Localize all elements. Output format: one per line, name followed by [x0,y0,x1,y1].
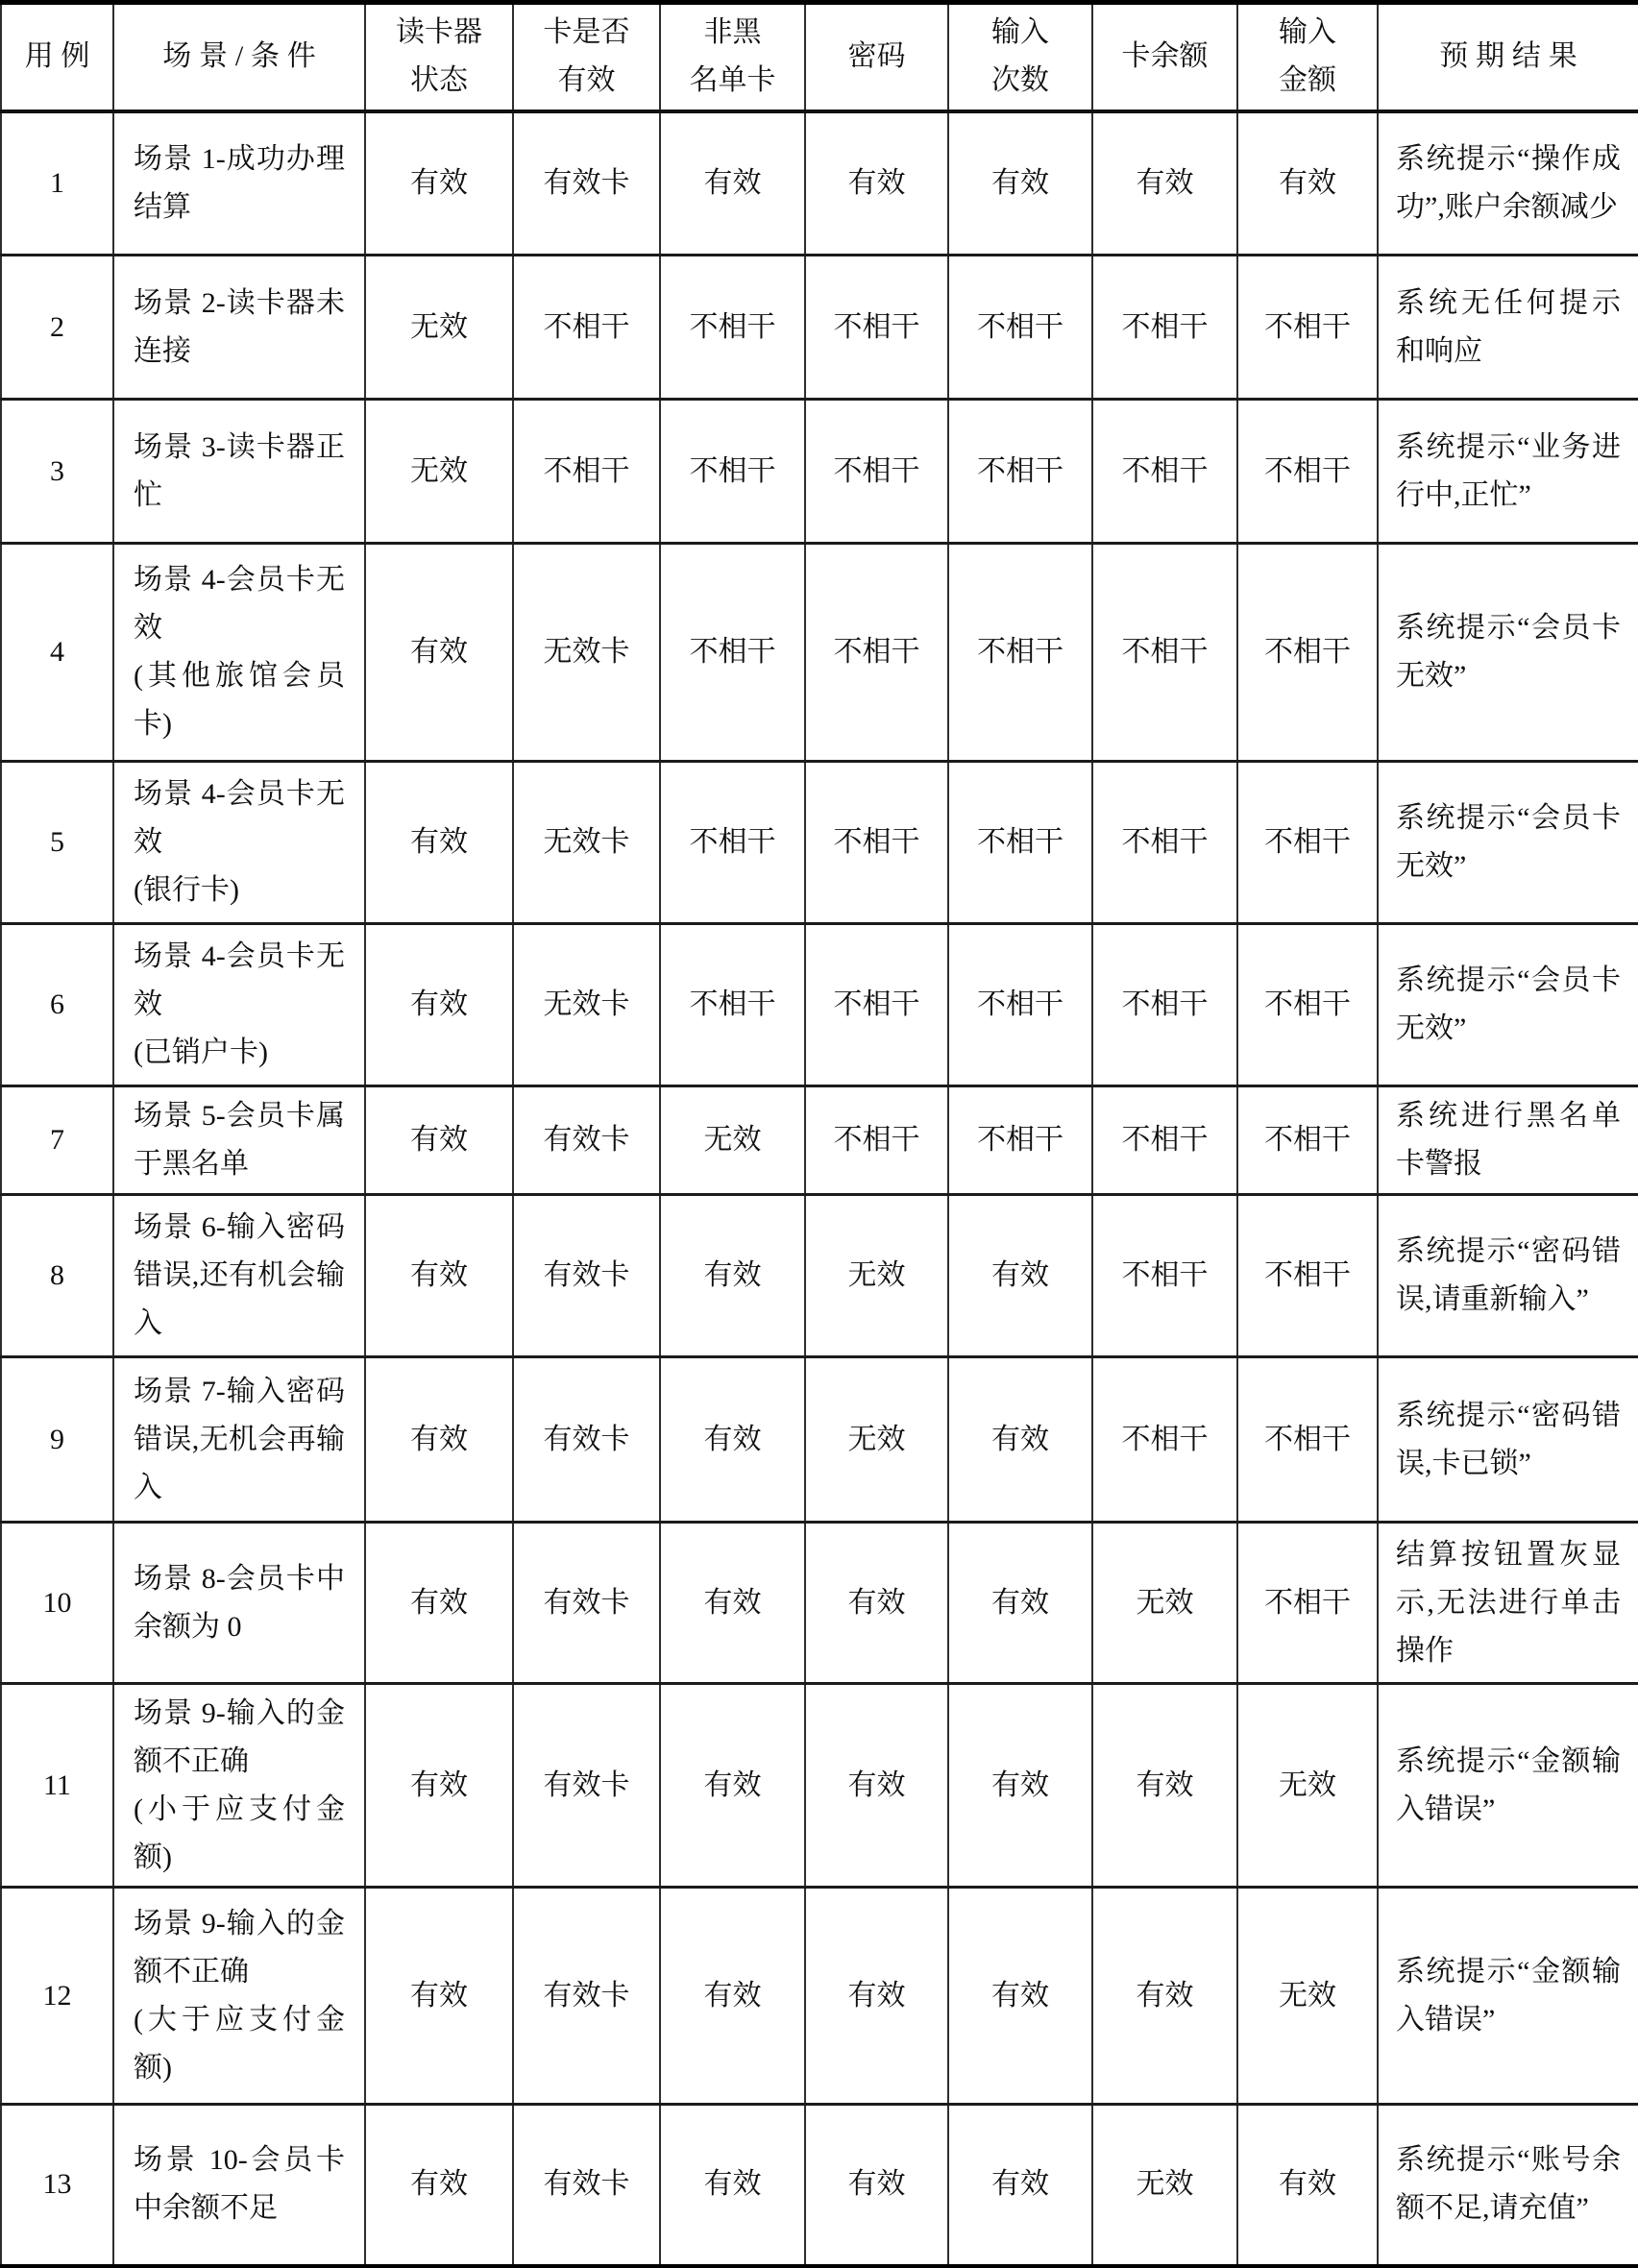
expected-result-cell: 系统提示“金额输入错误” [1378,1684,1638,1888]
password-cell: 不相干 [805,762,948,924]
reader-status-cell: 有效 [365,1523,513,1684]
card-balance-cell: 无效 [1092,2105,1237,2267]
input-count-cell: 有效 [948,1195,1092,1357]
input-amount-cell: 不相干 [1237,1523,1378,1684]
scenario-condition-cell: 场景 4-会员卡无效 (银行卡) [113,762,365,924]
reader-status-cell: 有效 [365,544,513,762]
card-balance-cell: 不相干 [1092,544,1237,762]
card-validity-cell: 无效卡 [513,924,660,1086]
case-id-cell: 12 [1,1888,113,2105]
password-cell: 不相干 [805,256,948,400]
password-cell: 无效 [805,1195,948,1357]
reader-status-cell: 有效 [365,1684,513,1888]
column-header-input-amount: 输入 金额 [1237,3,1378,111]
non-blacklist-card-cell: 无效 [660,1086,805,1195]
card-validity-cell: 不相干 [513,400,660,544]
input-amount-cell: 不相干 [1237,400,1378,544]
column-header-password: 密码 [805,3,948,111]
password-cell: 有效 [805,1684,948,1888]
input-amount-cell: 不相干 [1237,1357,1378,1523]
input-amount-cell: 不相干 [1237,1195,1378,1357]
input-amount-cell: 有效 [1237,2105,1378,2267]
expected-result-cell: 系统提示“操作成功”,账户余额减少 [1378,111,1638,256]
scenario-condition-cell: 场景 10-会员卡中余额不足 [113,2105,365,2267]
expected-result-cell: 结算按钮置灰显示,无法进行单击操作 [1378,1523,1638,1684]
input-amount-cell: 不相干 [1237,762,1378,924]
input-count-cell: 有效 [948,1523,1092,1684]
password-cell: 有效 [805,111,948,256]
card-balance-cell: 不相干 [1092,1357,1237,1523]
scenario-condition-cell: 场景 6-输入密码错误,还有机会输入 [113,1195,365,1357]
expected-result-cell: 系统提示“密码错误,请重新输入” [1378,1195,1638,1357]
input-amount-cell: 不相干 [1237,1086,1378,1195]
input-count-cell: 有效 [948,2105,1092,2267]
non-blacklist-card-cell: 有效 [660,1684,805,1888]
non-blacklist-card-cell: 有效 [660,1357,805,1523]
case-id-cell: 3 [1,400,113,544]
reader-status-cell: 有效 [365,111,513,256]
case-id-cell: 2 [1,256,113,400]
input-count-cell: 不相干 [948,400,1092,544]
column-header-scenario-condition: 场景/条件 [113,3,365,111]
input-count-cell: 有效 [948,1357,1092,1523]
expected-result-cell: 系统提示“金额输入错误” [1378,1888,1638,2105]
scenario-condition-cell: 场景 1-成功办理结算 [113,111,365,256]
case-id-cell: 8 [1,1195,113,1357]
non-blacklist-card-cell: 不相干 [660,544,805,762]
table-row: 11场景 9-输入的金额不正确 (小于应支付金额)有效有效卡有效有效有效有效无效… [1,1684,1638,1888]
reader-status-cell: 有效 [365,1357,513,1523]
case-id-cell: 1 [1,111,113,256]
scenario-condition-cell: 场景 9-输入的金额不正确 (大于应支付金额) [113,1888,365,2105]
case-id-cell: 9 [1,1357,113,1523]
column-header-card-validity: 卡是否 有效 [513,3,660,111]
input-count-cell: 不相干 [948,544,1092,762]
reader-status-cell: 无效 [365,256,513,400]
scenario-condition-cell: 场景 2-读卡器未连接 [113,256,365,400]
column-header-expected-result: 预期结果 [1378,3,1638,111]
scenario-condition-cell: 场景 8-会员卡中余额为 0 [113,1523,365,1684]
case-id-cell: 13 [1,2105,113,2267]
column-header-case-id: 用例 [1,3,113,111]
password-cell: 有效 [805,1523,948,1684]
case-id-cell: 5 [1,762,113,924]
expected-result-cell: 系统提示“业务进行中,正忙” [1378,400,1638,544]
case-id-cell: 4 [1,544,113,762]
non-blacklist-card-cell: 有效 [660,2105,805,2267]
test-case-decision-table: 用例场景/条件读卡器 状态卡是否 有效非黑 名单卡密码输入 次数卡余额输入 金额… [0,0,1638,2268]
card-validity-cell: 有效卡 [513,1357,660,1523]
table-row: 7场景 5-会员卡属于黑名单有效有效卡无效不相干不相干不相干不相干系统进行黑名单… [1,1086,1638,1195]
scenario-condition-cell: 场景 3-读卡器正忙 [113,400,365,544]
password-cell: 不相干 [805,400,948,544]
input-count-cell: 有效 [948,1684,1092,1888]
card-validity-cell: 无效卡 [513,762,660,924]
scenario-condition-cell: 场景 7-输入密码错误,无机会再输入 [113,1357,365,1523]
input-count-cell: 不相干 [948,762,1092,924]
input-count-cell: 不相干 [948,1086,1092,1195]
table-row: 2场景 2-读卡器未连接无效不相干不相干不相干不相干不相干不相干系统无任何提示和… [1,256,1638,400]
expected-result-cell: 系统提示“会员卡无效” [1378,924,1638,1086]
card-validity-cell: 有效卡 [513,1523,660,1684]
card-balance-cell: 有效 [1092,111,1237,256]
card-balance-cell: 不相干 [1092,924,1237,1086]
input-amount-cell: 不相干 [1237,256,1378,400]
card-balance-cell: 无效 [1092,1523,1237,1684]
non-blacklist-card-cell: 有效 [660,1523,805,1684]
reader-status-cell: 有效 [365,924,513,1086]
card-validity-cell: 有效卡 [513,2105,660,2267]
column-header-non-blacklist-card: 非黑 名单卡 [660,3,805,111]
reader-status-cell: 有效 [365,1086,513,1195]
expected-result-cell: 系统提示“密码错误,卡已锁” [1378,1357,1638,1523]
table-row: 13场景 10-会员卡中余额不足有效有效卡有效有效有效无效有效系统提示“账号余额… [1,2105,1638,2267]
table-row: 5场景 4-会员卡无效 (银行卡)有效无效卡不相干不相干不相干不相干不相干系统提… [1,762,1638,924]
table-row: 10场景 8-会员卡中余额为 0有效有效卡有效有效有效无效不相干结算按钮置灰显示… [1,1523,1638,1684]
expected-result-cell: 系统提示“账号余额不足,请充值” [1378,2105,1638,2267]
scenario-condition-cell: 场景 4-会员卡无效 (已销户卡) [113,924,365,1086]
password-cell: 不相干 [805,1086,948,1195]
input-count-cell: 有效 [948,1888,1092,2105]
password-cell: 无效 [805,1357,948,1523]
scenario-condition-cell: 场景 5-会员卡属于黑名单 [113,1086,365,1195]
input-amount-cell: 无效 [1237,1888,1378,2105]
table-row: 6场景 4-会员卡无效 (已销户卡)有效无效卡不相干不相干不相干不相干不相干系统… [1,924,1638,1086]
card-balance-cell: 有效 [1092,1684,1237,1888]
password-cell: 不相干 [805,544,948,762]
scenario-condition-cell: 场景 9-输入的金额不正确 (小于应支付金额) [113,1684,365,1888]
table-row: 3场景 3-读卡器正忙无效不相干不相干不相干不相干不相干不相干系统提示“业务进行… [1,400,1638,544]
expected-result-cell: 系统提示“会员卡无效” [1378,544,1638,762]
reader-status-cell: 有效 [365,1888,513,2105]
card-balance-cell: 不相干 [1092,1195,1237,1357]
reader-status-cell: 有效 [365,762,513,924]
card-validity-cell: 有效卡 [513,111,660,256]
scenario-condition-cell: 场景 4-会员卡无效 (其他旅馆会员卡) [113,544,365,762]
card-balance-cell: 不相干 [1092,256,1237,400]
input-count-cell: 不相干 [948,924,1092,1086]
expected-result-cell: 系统提示“会员卡无效” [1378,762,1638,924]
reader-status-cell: 有效 [365,2105,513,2267]
input-amount-cell: 不相干 [1237,924,1378,1086]
table-row: 12场景 9-输入的金额不正确 (大于应支付金额)有效有效卡有效有效有效有效无效… [1,1888,1638,2105]
table-header-row: 用例场景/条件读卡器 状态卡是否 有效非黑 名单卡密码输入 次数卡余额输入 金额… [1,3,1638,111]
input-amount-cell: 有效 [1237,111,1378,256]
expected-result-cell: 系统无任何提示和响应 [1378,256,1638,400]
reader-status-cell: 有效 [365,1195,513,1357]
input-count-cell: 不相干 [948,256,1092,400]
input-amount-cell: 无效 [1237,1684,1378,1888]
non-blacklist-card-cell: 不相干 [660,400,805,544]
card-validity-cell: 不相干 [513,256,660,400]
input-amount-cell: 不相干 [1237,544,1378,762]
non-blacklist-card-cell: 不相干 [660,256,805,400]
non-blacklist-card-cell: 不相干 [660,762,805,924]
card-balance-cell: 不相干 [1092,400,1237,544]
non-blacklist-card-cell: 有效 [660,111,805,256]
non-blacklist-card-cell: 有效 [660,1888,805,2105]
case-id-cell: 11 [1,1684,113,1888]
card-balance-cell: 不相干 [1092,762,1237,924]
case-id-cell: 7 [1,1086,113,1195]
table-row: 4场景 4-会员卡无效 (其他旅馆会员卡)有效无效卡不相干不相干不相干不相干不相… [1,544,1638,762]
card-validity-cell: 无效卡 [513,544,660,762]
card-balance-cell: 有效 [1092,1888,1237,2105]
column-header-card-balance: 卡余额 [1092,3,1237,111]
card-balance-cell: 不相干 [1092,1086,1237,1195]
card-validity-cell: 有效卡 [513,1684,660,1888]
table-row: 9场景 7-输入密码错误,无机会再输入有效有效卡有效无效有效不相干不相干系统提示… [1,1357,1638,1523]
input-count-cell: 有效 [948,111,1092,256]
expected-result-cell: 系统进行黑名单卡警报 [1378,1086,1638,1195]
table-row: 1场景 1-成功办理结算有效有效卡有效有效有效有效有效系统提示“操作成功”,账户… [1,111,1638,256]
case-id-cell: 10 [1,1523,113,1684]
card-validity-cell: 有效卡 [513,1086,660,1195]
column-header-input-count: 输入 次数 [948,3,1092,111]
card-validity-cell: 有效卡 [513,1888,660,2105]
scanned-document-page: 用例场景/条件读卡器 状态卡是否 有效非黑 名单卡密码输入 次数卡余额输入 金额… [0,0,1638,2268]
reader-status-cell: 无效 [365,400,513,544]
non-blacklist-card-cell: 有效 [660,1195,805,1357]
column-header-reader-status: 读卡器 状态 [365,3,513,111]
table-row: 8场景 6-输入密码错误,还有机会输入有效有效卡有效无效有效不相干不相干系统提示… [1,1195,1638,1357]
card-validity-cell: 有效卡 [513,1195,660,1357]
non-blacklist-card-cell: 不相干 [660,924,805,1086]
password-cell: 有效 [805,2105,948,2267]
password-cell: 不相干 [805,924,948,1086]
case-id-cell: 6 [1,924,113,1086]
password-cell: 有效 [805,1888,948,2105]
